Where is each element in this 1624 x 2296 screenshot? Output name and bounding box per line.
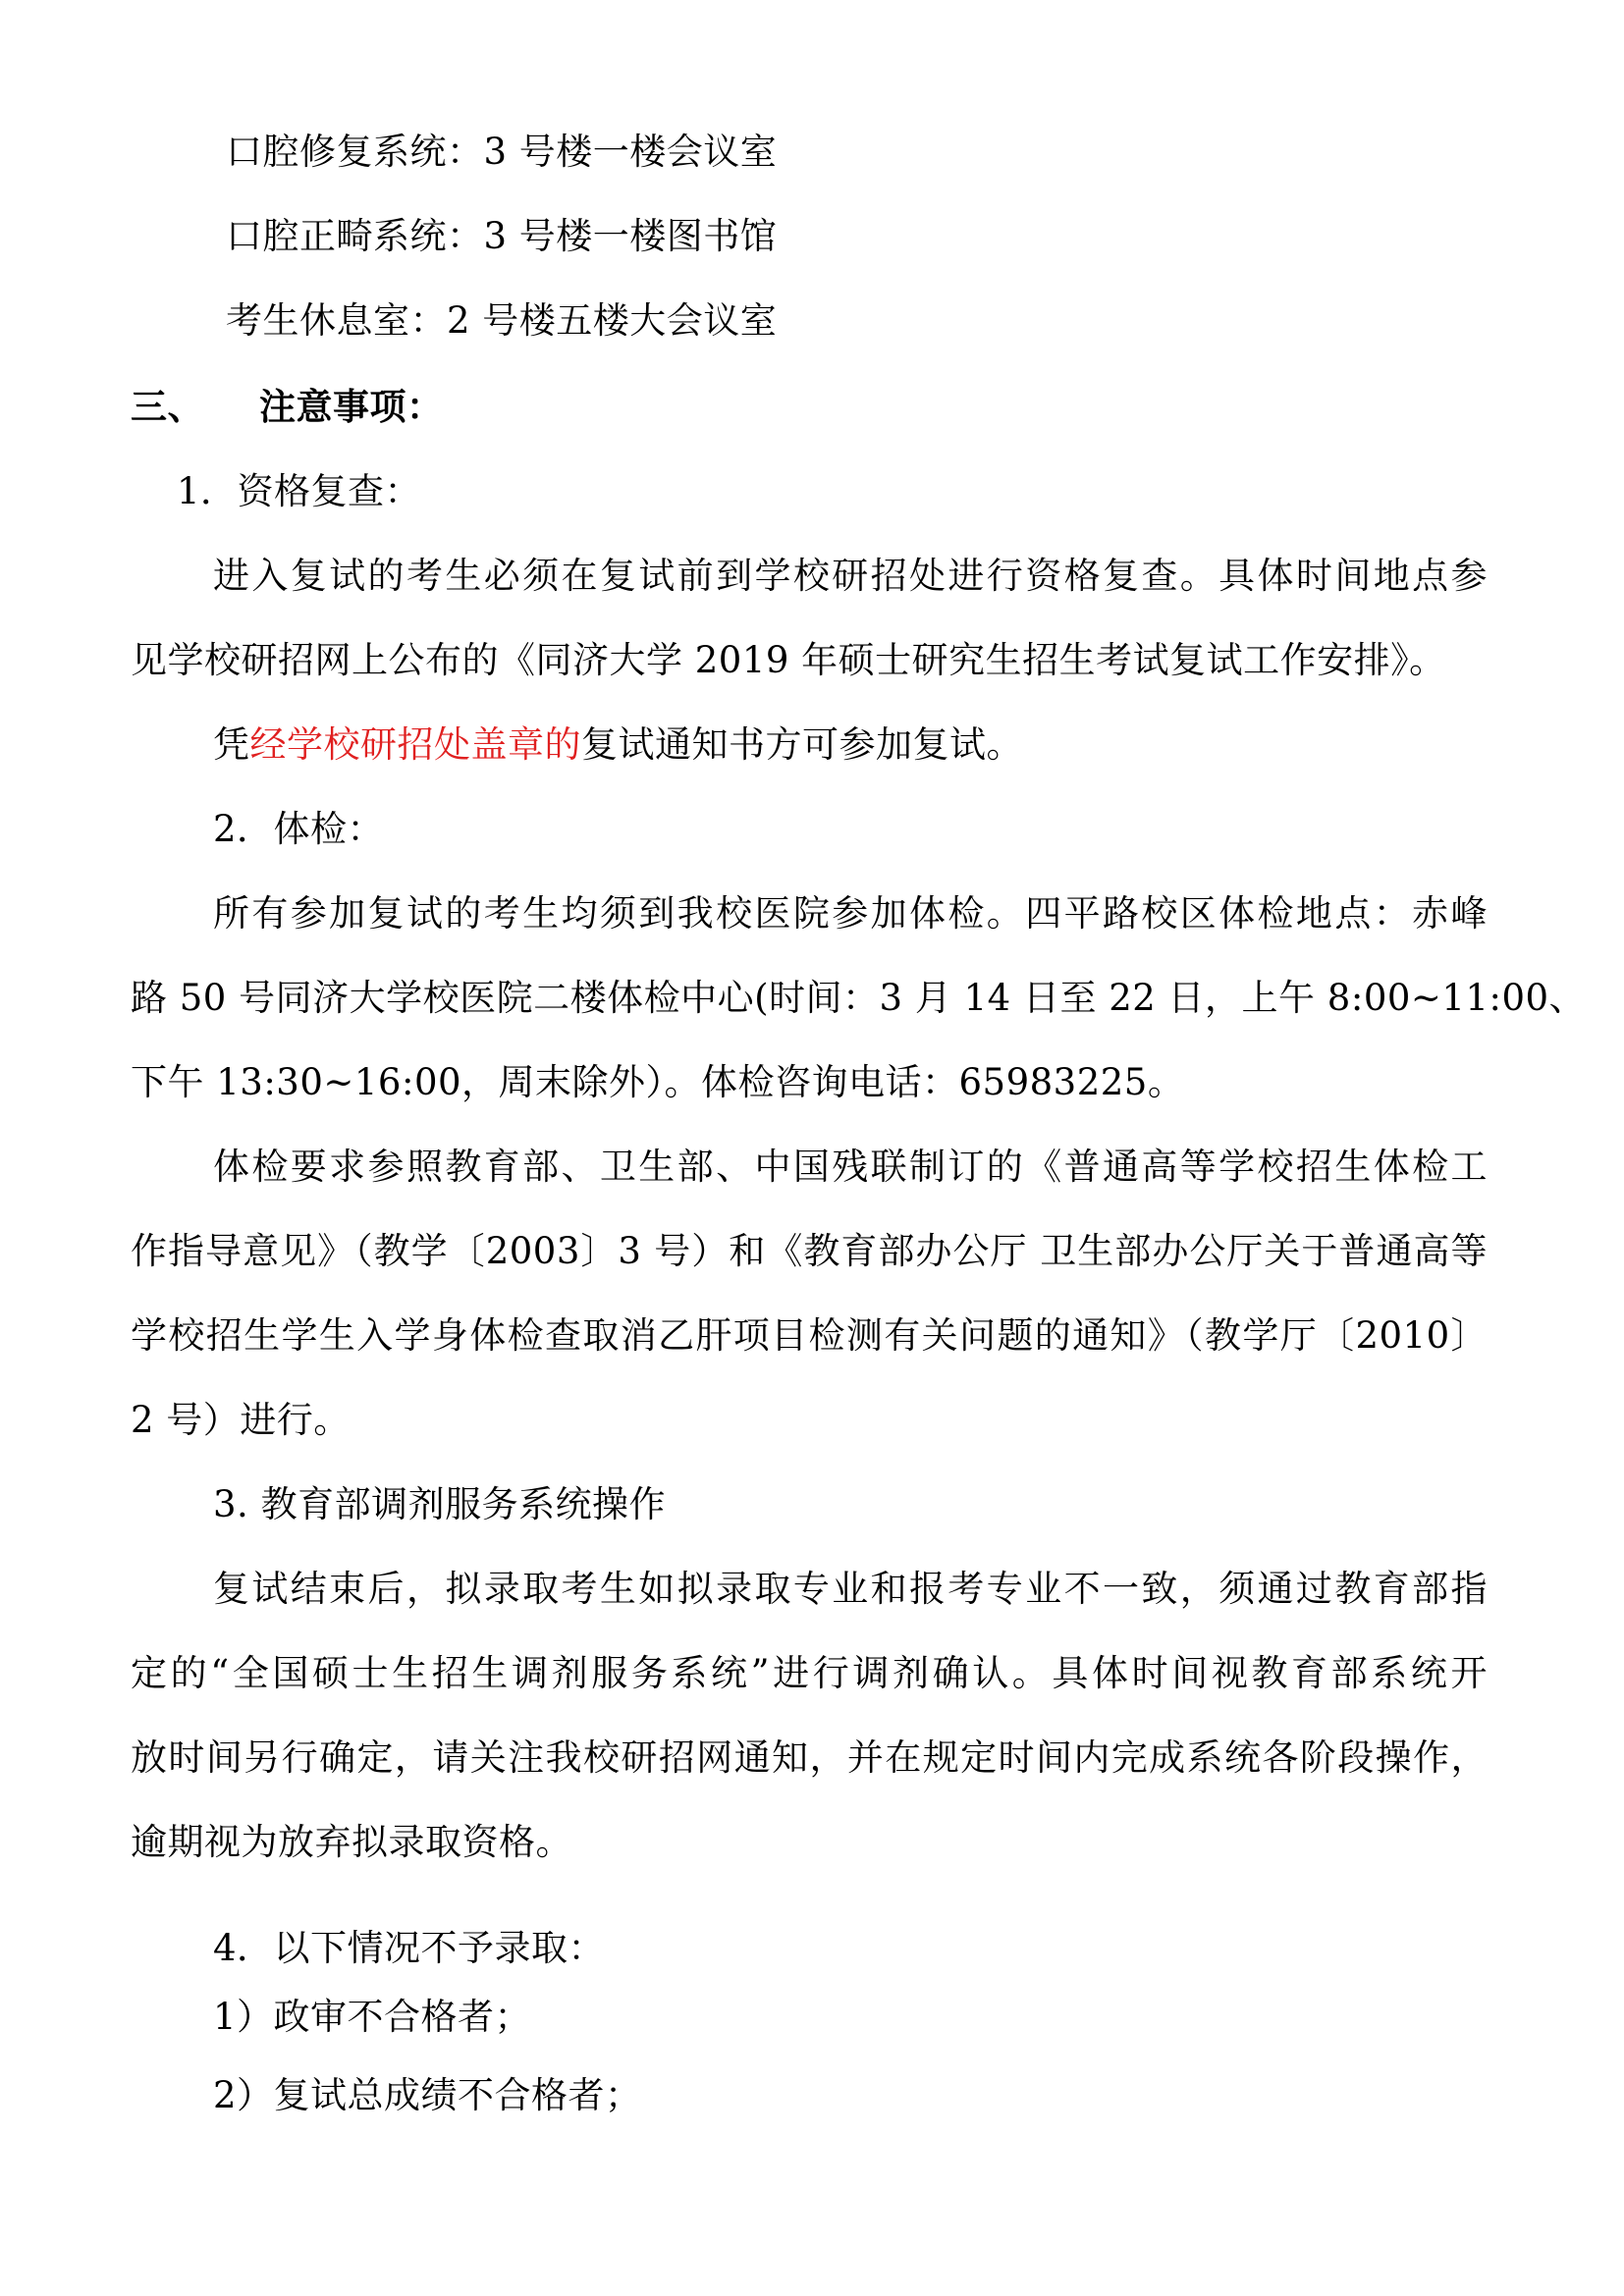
item3-heading: 3. 教育部调剂服务系统操作 [213, 1480, 666, 1529]
item1-paragraph-line1: 进入复试的考生必须在复试前到学校研招处进行资格复查。具体时间地点参 [213, 552, 1488, 601]
item2-paragraph2-line1: 体检要求参照教育部、卫生部、中国残联制订的《普通高等学校招生体检工 [213, 1143, 1488, 1192]
item4-sub-item-1: 1）政审不合格者； [213, 1993, 531, 2042]
item3-paragraph-line1: 复试结束后，拟录取考生如拟录取专业和报考专业不一致，须通过教育部指 [213, 1565, 1488, 1614]
location-value: 3 号楼一楼图书馆 [484, 215, 778, 257]
item1-note: 凭经学校研招处盖章的复试通知书方可参加复试。 [213, 721, 1023, 770]
item4-sub-item-2: 2）复试总成绩不合格者； [213, 2071, 642, 2120]
item2-paragraph2-line2: 作指导意见》（教学〔2003〕3 号）和《教育部办公厅 卫生部办公厅关于普通高等 [131, 1227, 1488, 1276]
note-prefix: 凭 [213, 723, 250, 766]
item1-paragraph-line2: 见学校研招网上公布的《同济大学 2019 年硕士研究生招生考试复试工作安排》。 [131, 636, 1446, 685]
item2-paragraph2-line3: 学校招生学生入学身体检查取消乙肝项目检测有关问题的通知》（教学厅〔2010〕 [131, 1311, 1488, 1361]
item3-paragraph-line4: 逾期视为放弃拟录取资格。 [131, 1818, 572, 1867]
location-line-orthodontics: 口腔正畸系统：3 号楼一楼图书馆 [226, 212, 777, 261]
location-value: 2 号楼五楼大会议室 [447, 299, 777, 342]
section-title: 注意事项： [259, 386, 444, 428]
location-line-rest-room: 考生休息室：2 号楼五楼大会议室 [226, 296, 777, 346]
location-value: 3 号楼一楼会议室 [484, 131, 778, 173]
item2-paragraph2-line4: 2 号）进行。 [131, 1396, 351, 1445]
section-number: 三、 [131, 386, 204, 428]
note-highlight: 经学校研招处盖章的 [250, 723, 582, 766]
note-suffix: 复试通知书方可参加复试。 [581, 723, 1023, 766]
location-line-prosthodontics: 口腔修复系统：3 号楼一楼会议室 [226, 128, 777, 177]
section-heading: 三、注意事项： [131, 383, 444, 432]
location-label: 口腔正畸系统： [226, 215, 484, 257]
item2-paragraph1-line1: 所有参加复试的考生均须到我校医院参加体检。四平路校区体检地点：赤峰 [213, 889, 1488, 938]
item3-paragraph-line2: 定的“全国硕士生招生调剂服务系统”进行调剂确认。具体时间视教育部系统开 [131, 1649, 1488, 1698]
item3-paragraph-line3: 放时间另行确定，请关注我校研招网通知，并在规定时间内完成系统各阶段操作， [131, 1734, 1488, 1783]
item2-paragraph1-line3: 下午 13:30~16:00，周末除外）。体检咨询电话：65983225。 [131, 1058, 1184, 1107]
item2-heading: 2．体检： [213, 805, 384, 854]
item2-paragraph1-line2: 路 50 号同济大学校医院二楼体检中心(时间：3 月 14 日至 22 日，上午… [131, 974, 1488, 1023]
document-page: 口腔修复系统：3 号楼一楼会议室 口腔正畸系统：3 号楼一楼图书馆 考生休息室：… [0, 0, 1624, 2296]
item4-heading: 4．以下情况不予录取： [213, 1924, 605, 1973]
location-label: 口腔修复系统： [226, 131, 484, 173]
item1-heading: 1．资格复查： [177, 467, 421, 516]
location-label: 考生休息室： [226, 299, 447, 342]
